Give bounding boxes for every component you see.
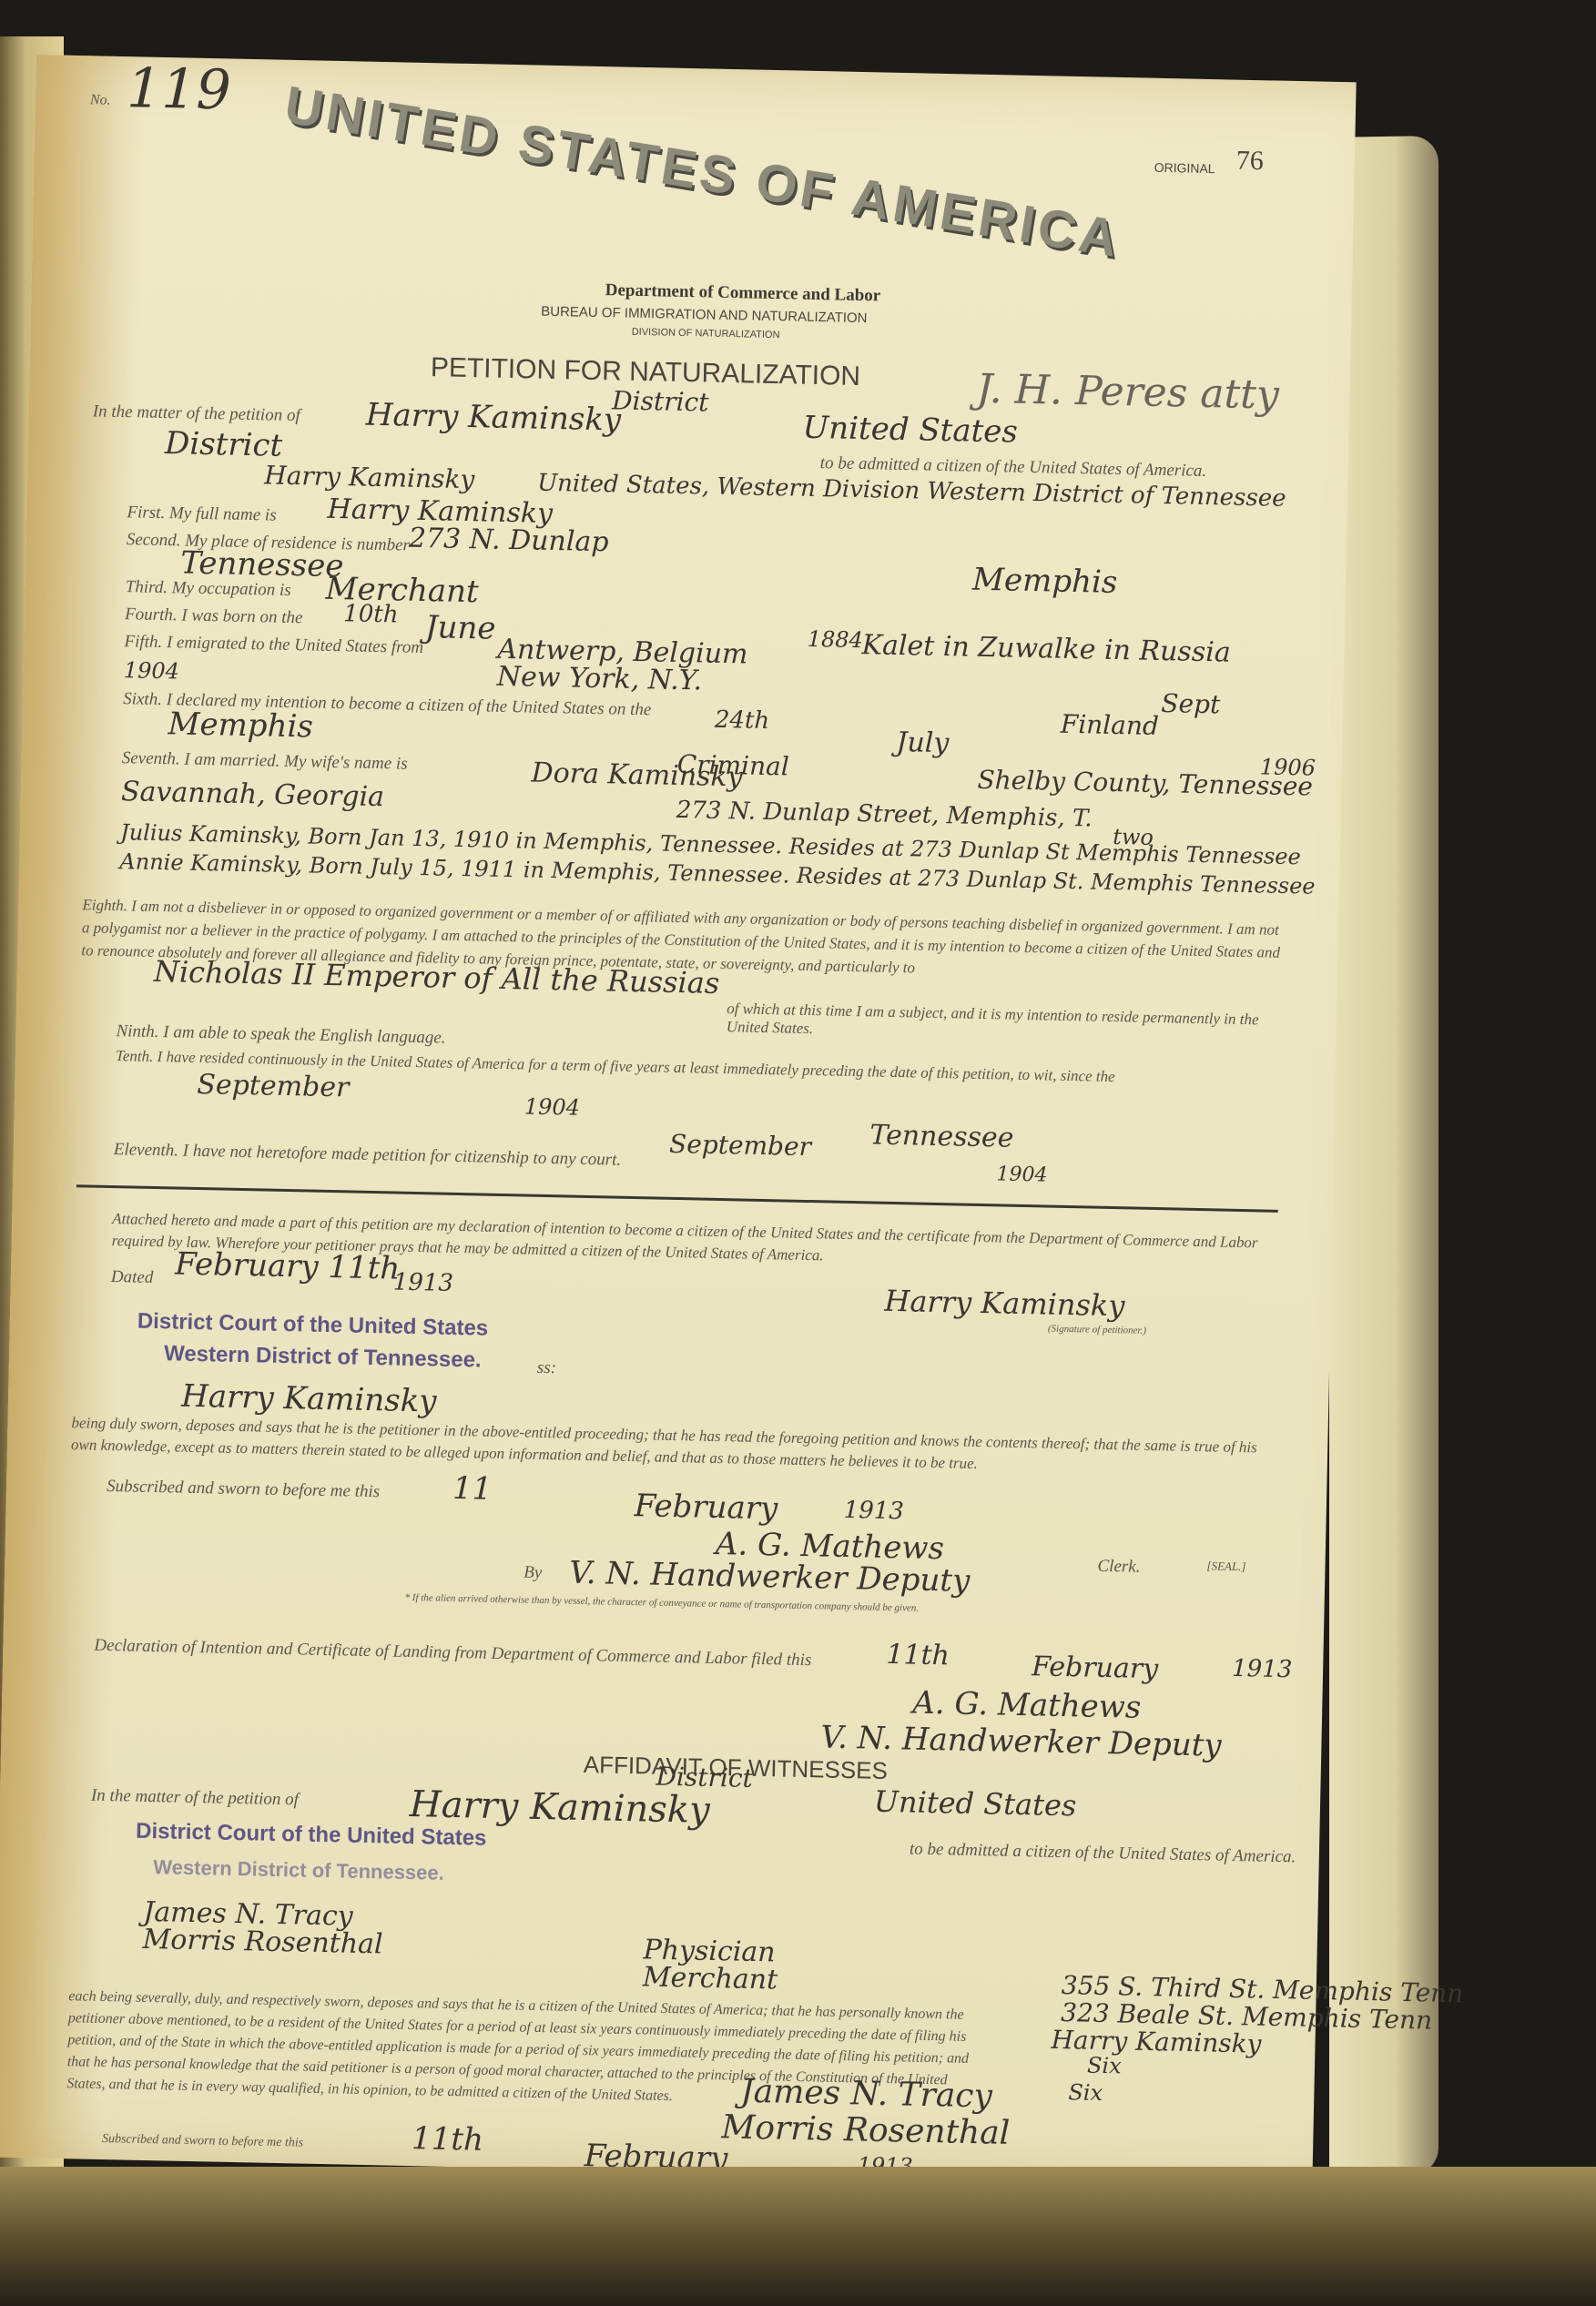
- first-label: First. My full name is: [127, 503, 277, 525]
- ss-label: ss:: [537, 1358, 557, 1378]
- affidavit-sworn-label: Subscribed and sworn to before me this: [102, 2132, 303, 2151]
- clerk-label: Clerk.: [1097, 1557, 1140, 1578]
- state-years: Six: [1068, 2079, 1103, 2106]
- fifth-label: Fifth. I emigrated to the United States …: [124, 632, 423, 658]
- strike-line: [76, 1184, 1278, 1213]
- birth-place: Kalet in Zuwalke in Russia: [861, 629, 1231, 668]
- declaration-filed-clerk: A. G. Mathews: [912, 1685, 1142, 1726]
- us-years: Six: [1087, 2053, 1122, 2079]
- resided-since-month: September: [197, 1069, 350, 1103]
- division-name: DIVISION OF NATURALIZATION: [632, 327, 780, 340]
- sworn-label: Subscribed and sworn to before me this: [107, 1477, 381, 1502]
- seventh-label: Seventh. I am married. My wife's name is: [122, 748, 408, 775]
- sworn-month: February: [634, 1488, 778, 1527]
- court-stamp-line-2: Western District of Tennessee.: [164, 1341, 482, 1373]
- wife-birthplace: Savannah, Georgia: [121, 776, 385, 813]
- eleventh-clause: Eleventh. I have not heretofore made pet…: [114, 1140, 622, 1171]
- state-residence: Tennessee: [869, 1119, 1014, 1153]
- residence-city: Memphis: [972, 562, 1118, 601]
- by-label: By: [524, 1563, 543, 1583]
- affidavit-matter-label: In the matter of the petition of: [91, 1786, 299, 1811]
- state-since-year: 1904: [996, 1163, 1048, 1186]
- original-label: ORIGINAL: [1154, 160, 1215, 176]
- wife-residence: 273 N. Dunlap Street, Memphis, T.: [676, 797, 1093, 833]
- naturalization-petition-page: No. 119 ORIGINAL 76 UNITED STATES OF AME…: [0, 55, 1357, 2185]
- resided-since-year: 1904: [524, 1093, 581, 1120]
- witness-name: Morris Rosenthal: [142, 1924, 383, 1961]
- fourth-label: Fourth. I was born on the: [125, 604, 303, 628]
- oath-text: being duly sworn, deposes and says that …: [71, 1412, 1283, 1481]
- book-bottom-edge: [0, 2167, 1596, 2306]
- dated-year: 1913: [393, 1269, 454, 1297]
- affidavit-court-type: District: [656, 1762, 753, 1793]
- record-number: 119: [127, 56, 232, 122]
- declaration-year: 1906: [1260, 754, 1316, 780]
- declaration-filed-label: Declaration of Intention and Certificate…: [94, 1636, 811, 1671]
- declaration-filed-day: 11th: [886, 1639, 950, 1671]
- affidavit-admitted-text: to be admitted a citizen of the United S…: [910, 1840, 1296, 1868]
- bureau-name: BUREAU OF IMMIGRATION AND NATURALIZATION: [541, 304, 868, 327]
- birth-year: 1884: [807, 626, 863, 653]
- residence-number: 273 N. Dunlap: [409, 523, 609, 559]
- affiant-name: Harry Kaminsky: [181, 1378, 437, 1420]
- page-number: 76: [1235, 146, 1264, 178]
- sovereign-suffix: of which at this time I am a subject, an…: [727, 1000, 1283, 1048]
- dated-label: Dated: [111, 1267, 154, 1288]
- seal-label: [SEAL.]: [1206, 1559, 1245, 1574]
- arrival-port: New York, N.Y.: [496, 661, 702, 697]
- petitioner-signature: Harry Kaminsky: [884, 1284, 1125, 1324]
- state-since-month: September: [669, 1129, 812, 1162]
- ninth-clause: Ninth. I am able to speak the English la…: [116, 1021, 445, 1049]
- arrival-month: Sept: [1161, 688, 1221, 719]
- court-of: United States: [802, 410, 1018, 451]
- declaration-place: Memphis: [168, 706, 313, 745]
- wife-name: Dora Kaminsky: [531, 757, 743, 794]
- record-number-label: No.: [90, 92, 111, 108]
- document-title: UNITED STATES OF AMERICA: [280, 74, 1125, 269]
- attorney-annotation: J. H. Peres atty: [976, 366, 1279, 419]
- birth-month: June: [425, 609, 496, 647]
- department-name: Department of Commerce and Labor: [605, 280, 880, 306]
- emigration-year: 1904: [124, 657, 180, 684]
- witness-occupation: Merchant: [643, 1961, 778, 1996]
- declaration-filed-year: 1913: [1232, 1655, 1293, 1683]
- vessel: Finland: [1061, 709, 1160, 741]
- petition-of: Harry Kaminsky: [264, 460, 475, 494]
- dated-value: February 11th: [175, 1245, 401, 1286]
- witness-signature-1: James N. Tracy: [740, 2073, 992, 2116]
- sworn-year: 1913: [843, 1497, 904, 1525]
- declaration-month: July: [896, 726, 950, 759]
- deputy-signature: V. N. Handwerker Deputy: [569, 1555, 971, 1600]
- sworn-day: 11: [452, 1470, 493, 1508]
- affidavit-sworn-day: 11th: [412, 2120, 484, 2159]
- witness-signature-2: Morris Rosenthal: [721, 2108, 1011, 2152]
- third-label: Third. My occupation is: [126, 577, 291, 601]
- declaration-day: 24th: [715, 706, 770, 735]
- birth-day: 10th: [343, 600, 399, 628]
- affidavit-stamp-line-2: Western District of Tennessee.: [153, 1855, 444, 1885]
- court-stamp-line-1: District Court of the United States: [137, 1309, 489, 1342]
- court-type: District: [612, 385, 709, 417]
- declaration-filed-month: February: [1032, 1651, 1159, 1685]
- signature-caption: (Signature of petitioner.): [1048, 1324, 1146, 1336]
- petitioner-name: Harry Kaminsky: [365, 397, 621, 439]
- affidavit-court-of: United States: [874, 1784, 1077, 1823]
- known-as: Harry Kaminsky: [1051, 2025, 1262, 2059]
- to-the-court: District: [165, 425, 283, 464]
